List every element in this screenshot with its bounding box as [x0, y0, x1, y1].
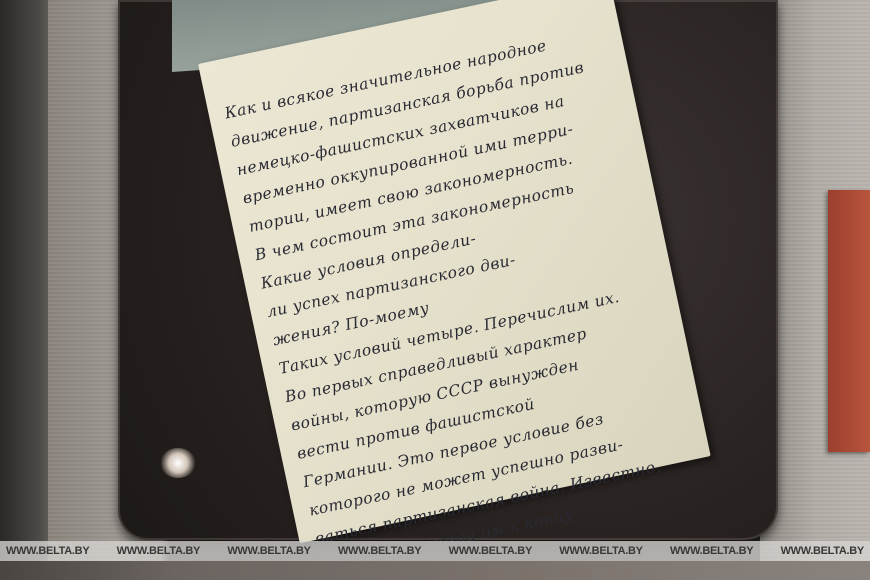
watermark-text: WWW.BELTA.BY [117, 545, 200, 557]
light-reflection [160, 448, 196, 478]
watermark-text: WWW.BELTA.BY [227, 545, 310, 557]
watermark-text: WWW.BELTA.BY [670, 545, 753, 557]
watermark-text: WWW.BELTA.BY [338, 545, 421, 557]
red-label-card [828, 190, 870, 452]
bottom-edge [0, 561, 870, 580]
watermark-text: WWW.BELTA.BY [781, 545, 864, 557]
display-case-frame [0, 0, 48, 580]
watermark-strip: WWW.BELTA.BY WWW.BELTA.BY WWW.BELTA.BY W… [0, 541, 870, 561]
watermark-text: WWW.BELTA.BY [559, 545, 642, 557]
watermark-text: WWW.BELTA.BY [6, 545, 89, 557]
watermark-text: WWW.BELTA.BY [449, 545, 532, 557]
